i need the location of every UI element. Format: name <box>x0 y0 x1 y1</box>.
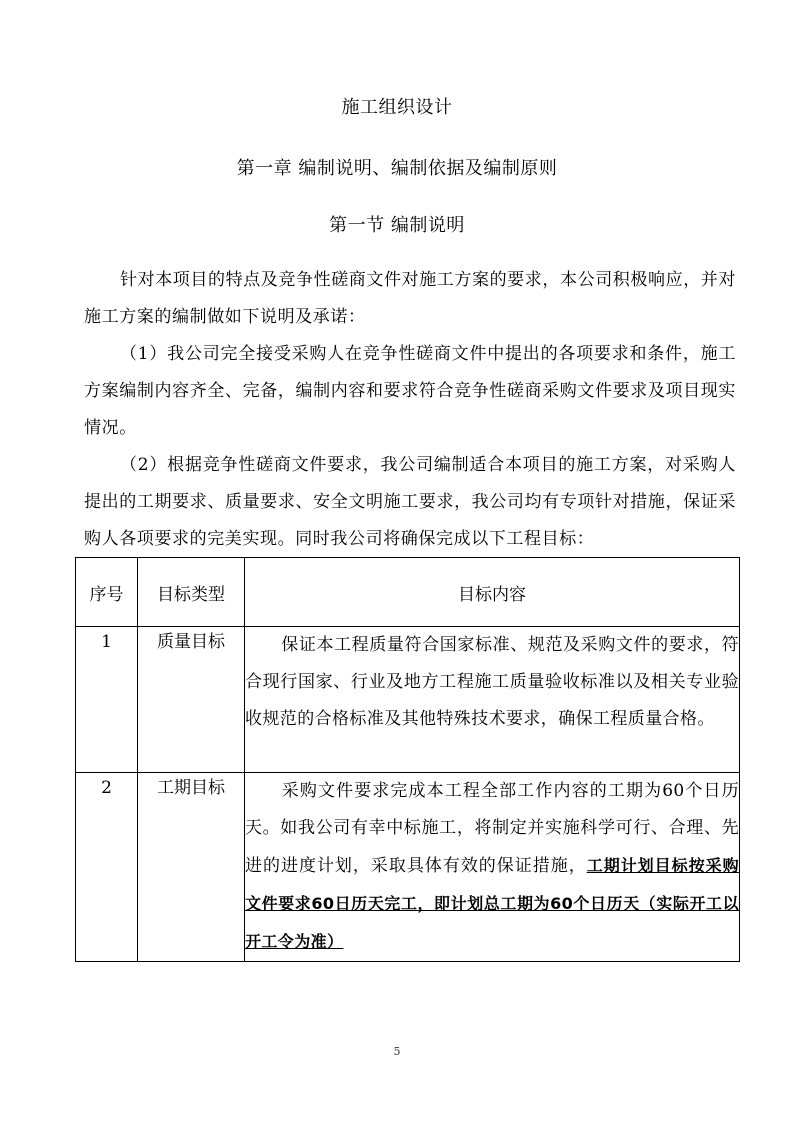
paragraph-item-1: （1）我公司完全接受采购人在竞争性磋商文件中提出的各项要求和条件，施工方案编制内… <box>84 336 736 447</box>
chapter-heading: 第一章 编制说明、编制依据及编制原则 <box>0 157 794 181</box>
paragraph-intro: 针对本项目的特点及竞争性磋商文件对施工方案的要求，本公司积极响应，并对施工方案的… <box>84 262 736 336</box>
header-type: 目标类型 <box>138 558 245 627</box>
page-number: 5 <box>0 1045 794 1058</box>
goals-table: 序号 目标类型 目标内容 1 质量目标 保证本工程质量符合国家标准、规范及采购文… <box>75 557 740 962</box>
header-no: 序号 <box>76 558 138 627</box>
document-title: 施工组织设计 <box>0 96 794 120</box>
row-content-text: 保证本工程质量符合国家标准、规范及采购文件的要求，符合现行国家、行业及地方工程施… <box>245 635 739 729</box>
header-content: 目标内容 <box>245 558 740 627</box>
table-header-row: 序号 目标类型 目标内容 <box>76 558 740 627</box>
row-content: 保证本工程质量符合国家标准、规范及采购文件的要求，符合现行国家、行业及地方工程施… <box>245 627 740 773</box>
section-heading: 第一节 编制说明 <box>0 214 794 238</box>
paragraph-item-2: （2）根据竞争性磋商文件要求，我公司编制适合本项目的施工方案，对采购人提出的工期… <box>84 447 736 558</box>
row-no: 1 <box>76 627 138 773</box>
row-content: 采购文件要求完成本工程全部工作内容的工期为60个日历天。如我公司有幸中标施工，将… <box>245 773 740 962</box>
body-text: 针对本项目的特点及竞争性磋商文件对施工方案的要求，本公司积极响应，并对施工方案的… <box>84 262 736 558</box>
row-type: 质量目标 <box>138 627 245 773</box>
table-row: 1 质量目标 保证本工程质量符合国家标准、规范及采购文件的要求，符合现行国家、行… <box>76 627 740 773</box>
table-row: 2 工期目标 采购文件要求完成本工程全部工作内容的工期为60个日历天。如我公司有… <box>76 773 740 962</box>
row-type: 工期目标 <box>138 773 245 962</box>
document-page: 施工组织设计 第一章 编制说明、编制依据及编制原则 第一节 编制说明 针对本项目… <box>0 0 794 1122</box>
row-no: 2 <box>76 773 138 962</box>
